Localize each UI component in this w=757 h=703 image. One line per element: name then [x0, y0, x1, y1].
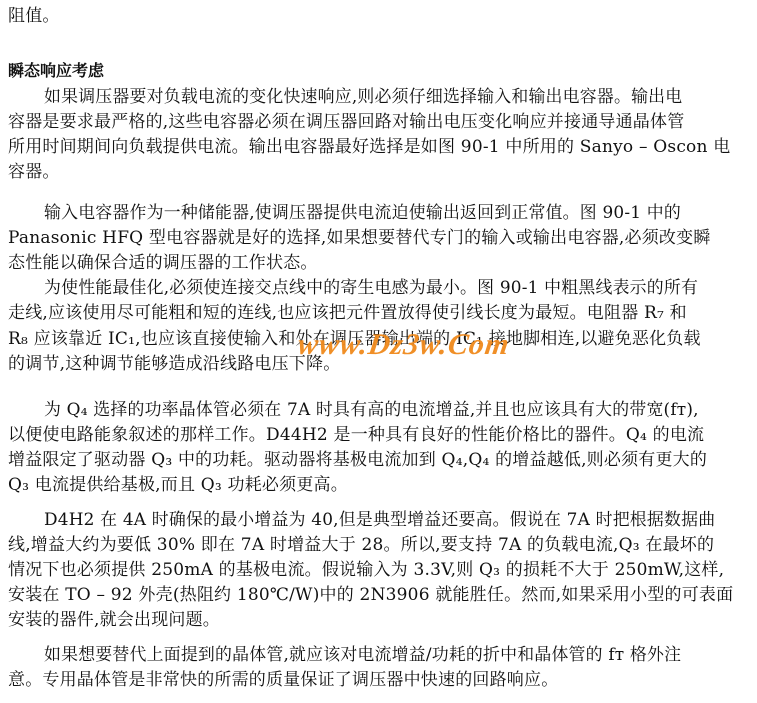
previous-paragraph-fragment: 阻值。 — [8, 4, 753, 28]
paragraph-line: 情况下也必须提供 250mA 的基极电流。假说输入为 3.3V,则 Q₃ 的损耗… — [8, 558, 753, 582]
paragraph-line: 安装的器件,就会出现问题。 — [8, 608, 753, 632]
paragraph-first-line: 输入电容器作为一种储能器,使调压器提供电流迫使输出返回到正常值。图 90-1 中… — [44, 201, 749, 225]
paragraph-line: 容器是要求最严格的,这些电容器必须在调压器回路对输出电压变化响应并接通导通晶体管 — [8, 110, 753, 134]
paragraph-first-line: 为使性能最佳化,必须使连接交点线中的寄生电感为最小。图 90-1 中粗黑线表示的… — [44, 276, 749, 300]
paragraph-line: 态性能以确保合适的调压器的工作状态。 — [8, 251, 753, 275]
paragraph-first-line: D4H2 在 4A 时确保的最小增益为 40,但是典型增益还要高。假说在 7A … — [44, 508, 749, 532]
paragraph-line: Q₃ 电流提供给基极,而且 Q₃ 功耗必须更高。 — [8, 473, 753, 497]
section-heading: 瞬态响应考虑 — [8, 60, 104, 82]
paragraph-line: 走线,应该使用尽可能粗和短的连线,也应该把元件置放得使引线长度为最短。电阻器 R… — [8, 301, 753, 325]
paragraph-first-line: 如果调压器要对负载电流的变化快速响应,则必须仔细选择输入和输出电容器。输出电 — [44, 85, 749, 109]
paragraph-line: 线,增益大约为要低 30% 即在 7A 时增益大于 28。所以,要支持 7A 的… — [8, 533, 753, 557]
paragraph-line: Panasonic HFQ 型电容器就是好的选择,如果想要替代专门的输入或输出电… — [8, 226, 753, 250]
watermark: www.Dz3w.Com — [296, 330, 512, 360]
paragraph-line: 以便使电路能象叙述的那样工作。D44H2 是一种具有良好的性能价格比的器件。Q₄… — [8, 423, 753, 447]
paragraph-first-line: 如果想要替代上面提到的晶体管,就应该对电流增益/功耗的折中和晶体管的 fᴛ 格外… — [44, 643, 749, 667]
paragraph-line: 容器。 — [8, 160, 753, 184]
paragraph-line: 安装在 TO – 92 外壳(热阻约 180℃/W)中的 2N3906 就能胜任… — [8, 583, 753, 607]
paragraph-line: 意。专用晶体管是非常快的所需的质量保证了调压器中快速的回路响应。 — [8, 668, 753, 692]
paragraph-line: 增益限定了驱动器 Q₃ 中的功耗。驱动器将基极电流加到 Q₄,Q₄ 的增益越低,… — [8, 448, 753, 472]
document-page: 阻值。 瞬态响应考虑 如果调压器要对负载电流的变化快速响应,则必须仔细选择输入和… — [0, 0, 757, 703]
paragraph-first-line: 为 Q₄ 选择的功率晶体管必须在 7A 时具有高的电流增益,并且也应该具有大的带… — [44, 398, 749, 422]
paragraph-line: 所用时间期间向负载提供电流。输出电容器最好选择是如图 90-1 中所用的 San… — [8, 135, 753, 159]
